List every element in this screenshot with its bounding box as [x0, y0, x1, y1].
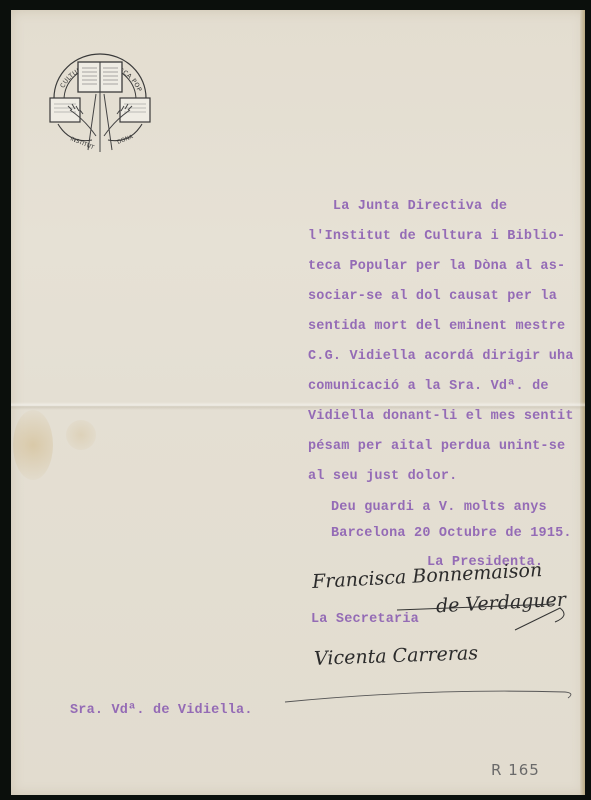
emblem-left-text: INSTITUT: [69, 136, 95, 151]
body-line: comunicació a la Sra. Vdª. de: [308, 379, 549, 394]
body-line: La Junta Directiva de: [308, 199, 507, 214]
signature-flourish: [395, 598, 575, 633]
body-line: sociar-se al dol causat per la: [308, 289, 557, 304]
body-line: sentida mort del eminent mestre: [308, 319, 565, 334]
letterhead-emblem: CULTURA I BIBLIOTECA POPULAR INSTITUT DO…: [40, 40, 160, 160]
archive-reference: R 165: [491, 761, 540, 779]
body-line: al seu just dolor.: [308, 469, 457, 484]
body-line: teca Popular per la Dòna al as-: [308, 259, 565, 274]
body-line: C.G. Vidiella acordá dirigir uha: [308, 349, 574, 364]
body-line: pésam per aital perdua unint-se: [308, 439, 565, 454]
addressee: Sra. Vdª. de Vidiella.: [70, 703, 253, 718]
signature-underline: [280, 680, 580, 710]
emblem-right-text: DONA: [117, 134, 135, 146]
closing-line: Deu guardi a V. molts anys: [331, 500, 547, 515]
stain: [66, 420, 96, 450]
body-line: Vidiella donant-li el mes sentit: [308, 409, 574, 424]
place-date: Barcelona 20 Octubre de 1915.: [331, 526, 572, 541]
body-line: l'Institut de Cultura i Biblio-: [308, 229, 565, 244]
stain: [13, 410, 53, 480]
emblem-icon: CULTURA I BIBLIOTECA POPULAR INSTITUT DO…: [40, 40, 160, 160]
secretary-title: La Secretaria: [311, 612, 419, 627]
